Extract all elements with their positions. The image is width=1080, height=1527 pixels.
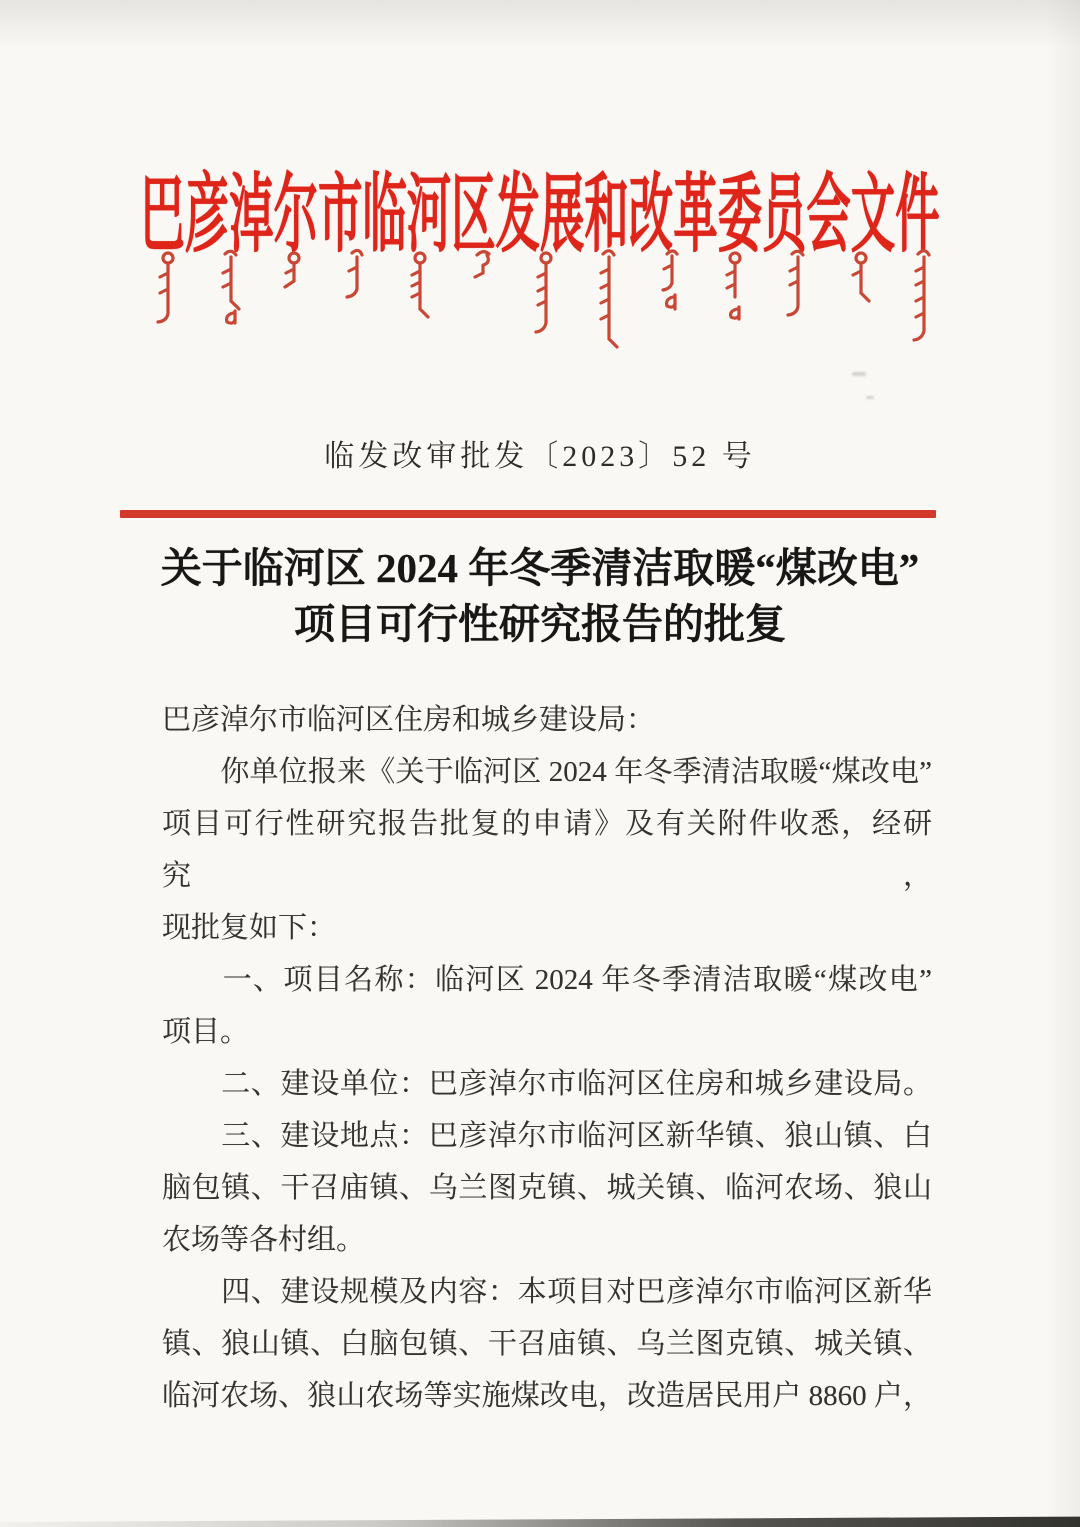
letterhead-banner: 巴彦淖尔市临河区发展和改革委员会文件 (0, 146, 1080, 252)
body-line: 农场等各村组。 (162, 1214, 932, 1266)
scan-speck (852, 372, 866, 376)
title-line-2: 项目可行性研究报告的批复 (0, 596, 1080, 652)
scan-shade-top (0, 0, 1080, 48)
body-line: 三、建设地点：巴彦淖尔市临河区新华镇、狼山镇、白 (162, 1110, 932, 1162)
body-line: 镇、狼山镇、白脑包镇、干召庙镇、乌兰图克镇、城关镇、 (162, 1318, 932, 1370)
body-line: 脑包镇、干召庙镇、乌兰图克镇、城关镇、临河农场、狼山 (162, 1162, 932, 1214)
scan-speck (866, 396, 874, 399)
mongolian-script-row (0, 247, 1080, 359)
body-line: 你单位报来《关于临河区 2024 年冬季清洁取暖“煤改电” (162, 746, 932, 798)
body-line: 现批复如下： (162, 902, 932, 954)
body-line: 一、项目名称：临河区 2024 年冬季清洁取暖“煤改电” (162, 954, 932, 1006)
document-page: 巴彦淖尔市临河区发展和改革委员会文件 (0, 0, 1080, 1527)
scan-shadow-bottom (0, 1514, 1080, 1527)
doc-number: 临发改审批发〔2023〕52 号 (0, 437, 1080, 477)
document-title: 关于临河区 2024 年冬季清洁取暖“煤改电” 项目可行性研究报告的批复 (0, 540, 1080, 652)
body-text: 巴彦淖尔市临河区住房和城乡建设局： 你单位报来《关于临河区 2024 年冬季清洁… (162, 694, 932, 1422)
body-line: 临河农场、狼山农场等实施煤改电，改造居民用户 8860 户， (162, 1370, 932, 1422)
red-divider-rule (120, 510, 936, 518)
body-line: 巴彦淖尔市临河区住房和城乡建设局： (162, 694, 932, 746)
body-line: 项目。 (162, 1006, 932, 1058)
body-line: 项目可行性研究报告批复的申请》及有关附件收悉，经研究， (162, 798, 932, 902)
title-line-1: 关于临河区 2024 年冬季清洁取暖“煤改电” (0, 540, 1080, 596)
body-line: 二、建设单位：巴彦淖尔市临河区住房和城乡建设局。 (162, 1058, 932, 1110)
body-line: 四、建设规模及内容：本项目对巴彦淖尔市临河区新华 (162, 1266, 932, 1318)
